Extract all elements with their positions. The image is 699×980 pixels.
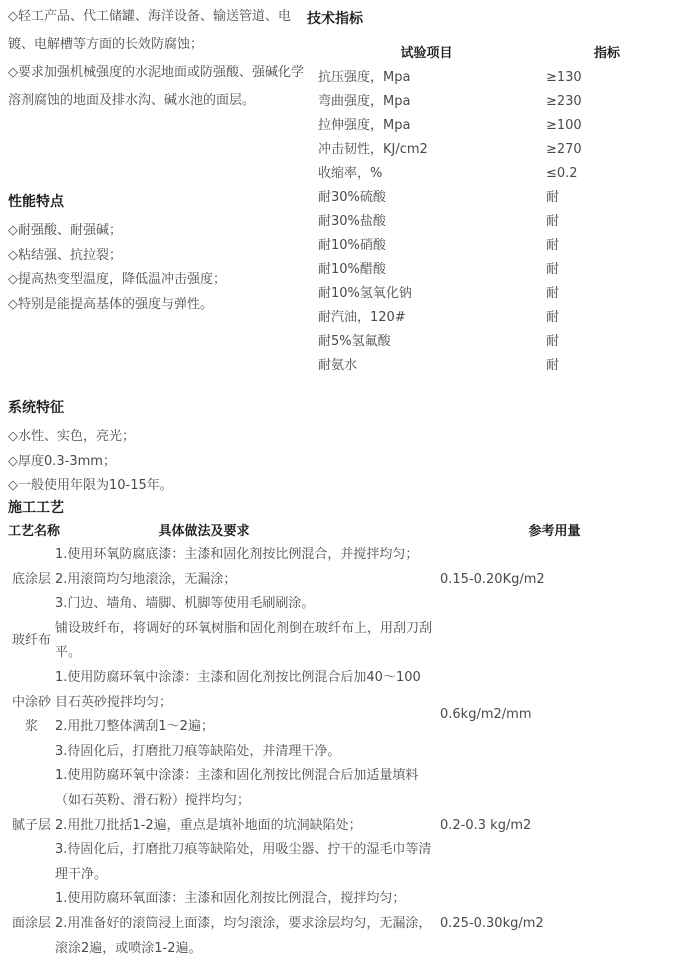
method-line: 1.使用防腐环氧中涂漆：主漆和固化剂按比例混合后加适量填料（如石英粉、滑石粉）搅… (55, 764, 433, 813)
method-line: 3.待固化后，打磨批刀痕等缺陷处，用吸尘器、拧干的湿毛巾等清理干净。 (55, 838, 433, 887)
process-method: 1.使用防腐环氧面漆：主漆和固化剂按比例混合，搅拌均匀； 2.用准备好的滚筒浸上… (55, 887, 433, 961)
performance-title: 性能特点 (8, 193, 316, 211)
process-name: 玻纤布 (8, 629, 55, 654)
application-item: ◇轻工产品、代工储罐、海洋设备、输送管道、电镀、电解槽等方面的长效防腐蚀； (8, 3, 316, 59)
table-row: 玻纤布 铺设玻纤布，将调好的环氧树脂和固化剂倒在玻纤布上，用刮刀刮平。 (8, 617, 696, 666)
tech-value: ≤0.2 (546, 162, 699, 186)
table-row: 耐氨水耐 (307, 354, 699, 378)
method-line: 2.用批刀批括1-2遍，重点是填补地面的坑洞缺陷处； (55, 814, 433, 839)
application-item: ◇要求加强机械强度的水泥地面或防强酸、强碱化学溶剂腐蚀的地面及排水沟、碱水池的面… (8, 59, 316, 115)
system-item: ◇厚度0.3-3mm； (8, 450, 316, 475)
table-row: 收缩率，%≤0.2 (307, 162, 699, 186)
tech-item-label: 耐30%硫酸 (307, 186, 546, 210)
tech-table: 抗压强度，Mpa≥130 弯曲强度，Mpa≥230 拉伸强度，Mpa≥100 冲… (307, 66, 699, 378)
construction-col-method-header: 具体做法及要求 (55, 521, 433, 543)
system-item: ◇一般使用年限为10-15年。 (8, 474, 316, 499)
method-line: 1.使用防腐环氧面漆：主漆和固化剂按比例混合，搅拌均匀； (55, 887, 433, 912)
tech-table-header: 试验项目 指标 (307, 42, 699, 66)
table-row: 弯曲强度，Mpa≥230 (307, 90, 699, 114)
tech-item-label: 耐汽油，120# (307, 306, 546, 330)
tech-item-label: 耐5%氢氟酸 (307, 330, 546, 354)
method-line: 2.用滚筒均匀地滚涂，无漏涂； (55, 568, 433, 593)
table-row: 中涂砂浆 1.使用防腐环氧中涂漆：主漆和固化剂按比例混合后加40～100目石英砂… (8, 666, 696, 764)
tech-col-item-header: 试验项目 (307, 42, 546, 66)
tech-value: 耐 (546, 234, 699, 258)
tech-indicators-section: 技术指标 试验项目 指标 抗压强度，Mpa≥130 弯曲强度，Mpa≥230 拉… (307, 10, 699, 378)
table-row: 耐10%硝酸耐 (307, 234, 699, 258)
table-row: 底涂层 1.使用环氧防腐底漆：主漆和固化剂按比例混合，并搅拌均匀； 2.用滚筒均… (8, 543, 696, 617)
method-line: 铺设玻纤布，将调好的环氧树脂和固化剂倒在玻纤布上，用刮刀刮平。 (55, 617, 433, 666)
tech-item-label: 耐10%硝酸 (307, 234, 546, 258)
process-name: 底涂层 (8, 568, 55, 593)
table-row: 耐5%氢氟酸耐 (307, 330, 699, 354)
performance-item: ◇特别是能提高基体的强度与弹性。 (8, 293, 316, 318)
tech-value: 耐 (546, 282, 699, 306)
tech-value: ≥230 (546, 90, 699, 114)
table-row: 腻子层 1.使用防腐环氧中涂漆：主漆和固化剂按比例混合后加适量填料（如石英粉、滑… (8, 764, 696, 887)
performance-item: ◇提高热变型温度，降低温冲击强度； (8, 268, 316, 293)
construction-title: 施工工艺 (8, 499, 696, 517)
process-method: 1.使用防腐环氧中涂漆：主漆和固化剂按比例混合后加适量填料（如石英粉、滑石粉）搅… (55, 764, 433, 887)
construction-table: 底涂层 1.使用环氧防腐底漆：主漆和固化剂按比例混合，并搅拌均匀； 2.用滚筒均… (8, 543, 696, 961)
method-line: 1.使用防腐环氧中涂漆：主漆和固化剂按比例混合后加40～100目石英砂搅拌均匀； (55, 666, 433, 715)
table-row: 耐10%氢氧化钠耐 (307, 282, 699, 306)
table-row: 拉伸强度，Mpa≥100 (307, 114, 699, 138)
process-method: 1.使用环氧防腐底漆：主漆和固化剂按比例混合，并搅拌均匀； 2.用滚筒均匀地滚涂… (55, 543, 433, 617)
table-row: 耐30%硫酸耐 (307, 186, 699, 210)
construction-section: 施工工艺 工艺名称 具体做法及要求 参考用量 底涂层 1.使用环氧防腐底漆：主漆… (8, 499, 696, 961)
system-section: 系统特征 ◇水性、实色，亮光； ◇厚度0.3-3mm； ◇一般使用年限为10-1… (8, 399, 316, 499)
tech-value: 耐 (546, 330, 699, 354)
tech-value: 耐 (546, 258, 699, 282)
method-line: 1.使用环氧防腐底漆：主漆和固化剂按比例混合，并搅拌均匀； (55, 543, 433, 568)
tech-item-label: 冲击韧性，KJ/cm2 (307, 138, 546, 162)
table-row: 冲击韧性，KJ/cm2≥270 (307, 138, 699, 162)
method-line: 2.用准备好的滚筒浸上面漆，均匀滚涂，要求涂层均匀，无漏涂，滚涂2遍，或喷涂1-… (55, 912, 433, 961)
table-row: 面涂层 1.使用防腐环氧面漆：主漆和固化剂按比例混合，搅拌均匀； 2.用准备好的… (8, 887, 696, 961)
method-line: 3.门边、墙角、墙脚、机脚等使用毛刷刷涂。 (55, 592, 433, 617)
process-name: 腻子层 (8, 814, 55, 839)
tech-value: ≥130 (546, 66, 699, 90)
tech-value: 耐 (546, 354, 699, 378)
construction-col-dosage-header: 参考用量 (433, 521, 696, 543)
tech-value: ≥270 (546, 138, 699, 162)
tech-item-label: 抗压强度，Mpa (307, 66, 546, 90)
table-row: 耐10%醋酸耐 (307, 258, 699, 282)
tech-value: ≥100 (546, 114, 699, 138)
tech-value: 耐 (546, 186, 699, 210)
process-name: 面涂层 (8, 912, 55, 937)
process-method: 1.使用防腐环氧中涂漆：主漆和固化剂按比例混合后加40～100目石英砂搅拌均匀；… (55, 666, 433, 764)
tech-item-label: 弯曲强度，Mpa (307, 90, 546, 114)
performance-item: ◇耐强酸、耐强碱； (8, 219, 316, 244)
dosage-value: 0.2-0.3 kg/m2 (433, 814, 696, 839)
method-line: 2.用批刀整体满刮1～2遍； (55, 715, 433, 740)
dosage-value: 0.25-0.30kg/m2 (433, 912, 696, 937)
dosage-value: 0.15-0.20Kg/m2 (433, 568, 696, 593)
tech-item-label: 耐氨水 (307, 354, 546, 378)
process-name: 中涂砂浆 (8, 691, 55, 740)
dosage-value: 0.6kg/m2/mm (433, 703, 696, 728)
table-row: 耐30%盐酸耐 (307, 210, 699, 234)
tech-value: 耐 (546, 306, 699, 330)
tech-item-label: 耐10%醋酸 (307, 258, 546, 282)
tech-item-label: 收缩率，% (307, 162, 546, 186)
table-row: 抗压强度，Mpa≥130 (307, 66, 699, 90)
applications-section: ◇轻工产品、代工储罐、海洋设备、输送管道、电镀、电解槽等方面的长效防腐蚀； ◇要… (8, 3, 316, 115)
system-list: ◇水性、实色，亮光； ◇厚度0.3-3mm； ◇一般使用年限为10-15年。 (8, 425, 316, 499)
table-row: 耐汽油，120#耐 (307, 306, 699, 330)
process-method: 铺设玻纤布，将调好的环氧树脂和固化剂倒在玻纤布上，用刮刀刮平。 (55, 617, 433, 666)
tech-item-label: 耐10%氢氧化钠 (307, 282, 546, 306)
performance-section: 性能特点 ◇耐强酸、耐强碱； ◇粘结强、抗拉裂； ◇提高热变型温度，降低温冲击强… (8, 193, 316, 317)
tech-item-label: 耐30%盐酸 (307, 210, 546, 234)
performance-item: ◇粘结强、抗拉裂； (8, 244, 316, 269)
tech-col-value-header: 指标 (546, 42, 699, 66)
construction-col-name-header: 工艺名称 (8, 521, 55, 543)
construction-table-header: 工艺名称 具体做法及要求 参考用量 (8, 521, 696, 543)
system-title: 系统特征 (8, 399, 316, 417)
method-line: 3.待固化后，打磨批刀痕等缺陷处，并清理干净。 (55, 740, 433, 765)
tech-item-label: 拉伸强度，Mpa (307, 114, 546, 138)
system-item: ◇水性、实色，亮光； (8, 425, 316, 450)
tech-indicators-title: 技术指标 (307, 10, 699, 28)
tech-value: 耐 (546, 210, 699, 234)
performance-list: ◇耐强酸、耐强碱； ◇粘结强、抗拉裂； ◇提高热变型温度，降低温冲击强度； ◇特… (8, 219, 316, 317)
